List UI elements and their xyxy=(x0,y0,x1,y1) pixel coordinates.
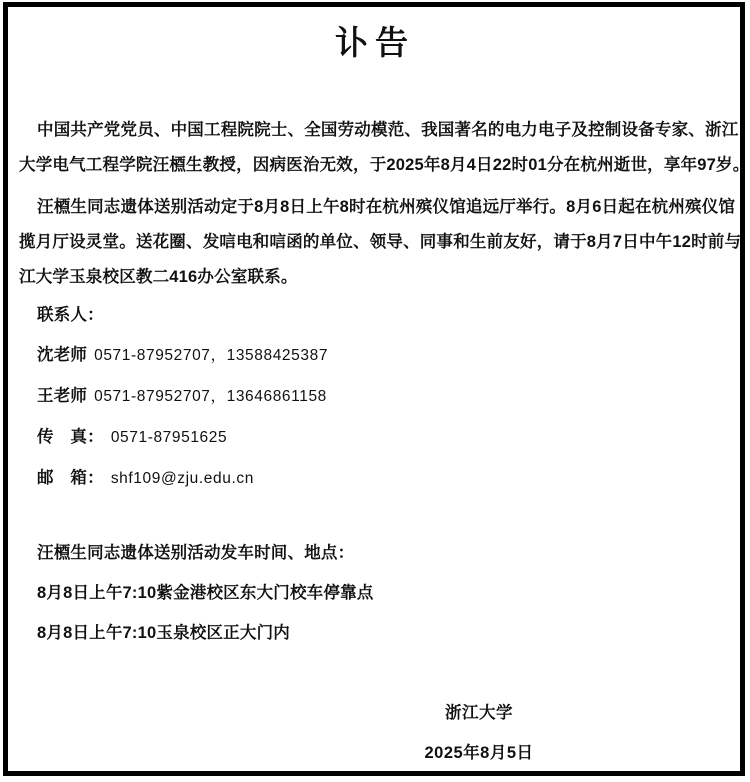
fax-label: 传 真： xyxy=(37,428,104,446)
contact-phones: 0571-87952707，13646861158 xyxy=(94,388,327,405)
departure-heading: 汪槱生同志遗体送别活动发车时间、地点： xyxy=(19,533,731,573)
obituary-page: 讣告 中国共产党党员、中国工程院院士、全国劳动模范、我国著名的电力电子及控制设备… xyxy=(3,2,745,776)
contacts-heading: 联系人： xyxy=(19,295,731,335)
contact-row-shen: 沈老师0571-87952707，13588425387 xyxy=(19,335,731,376)
contact-row-fax: 传 真：0571-87951625 xyxy=(19,417,731,458)
signature-block: 浙江大学 2025年8月5日 xyxy=(227,693,731,773)
departure-line-yuquan: 8月8日上午7:10玉泉校区正大门内 xyxy=(19,613,731,653)
contact-label: 王老师 xyxy=(37,387,87,405)
farewell-paragraph: 汪槱生同志遗体送别活动定于8月8日上午8时在杭州殡仪馆追远厅举行。8月6日起在杭… xyxy=(19,190,731,295)
email-label: 邮 箱： xyxy=(37,469,104,487)
email-address: shf109@zju.edu.cn xyxy=(111,470,254,487)
intro-paragraph-line-2: 大学电气工程学院汪槱生教授，因病医治无效，于2025年8月4日22时01分在杭州… xyxy=(19,148,731,183)
section-spacer xyxy=(19,499,731,533)
section-spacer xyxy=(19,653,731,693)
farewell-paragraph-line-1: 汪槱生同志遗体送别活动定于8月8日上午8时在杭州殡仪馆追远厅举行。8月6日起在杭… xyxy=(19,190,731,225)
fax-number: 0571-87951625 xyxy=(111,429,227,446)
departure-line-zijingang: 8月8日上午7:10紫金港校区东大门校车停靠点 xyxy=(19,573,731,613)
farewell-paragraph-line-3: 江大学玉泉校区教二416办公室联系。 xyxy=(19,260,731,295)
page-title: 讣告 xyxy=(19,23,731,63)
contact-row-email: 邮 箱：shf109@zju.edu.cn xyxy=(19,458,731,499)
farewell-paragraph-line-2: 揽月厅设灵堂。送花圈、发唁电和唁函的单位、领导、同事和生前友好，请于8月7日中午… xyxy=(19,225,731,260)
intro-paragraph-line-1: 中国共产党党员、中国工程院院士、全国劳动模范、我国著名的电力电子及控制设备专家、… xyxy=(19,113,731,148)
signature-date: 2025年8月5日 xyxy=(227,733,731,773)
contact-phones: 0571-87952707，13588425387 xyxy=(94,347,328,364)
contact-row-wang: 王老师0571-87952707，13646861158 xyxy=(19,376,731,417)
contact-label: 沈老师 xyxy=(37,346,87,364)
signature-org: 浙江大学 xyxy=(227,693,731,733)
departure-block: 汪槱生同志遗体送别活动发车时间、地点： 8月8日上午7:10紫金港校区东大门校车… xyxy=(19,533,731,653)
intro-paragraph: 中国共产党党员、中国工程院院士、全国劳动模范、我国著名的电力电子及控制设备专家、… xyxy=(19,113,731,183)
contacts-block: 联系人： 沈老师0571-87952707，13588425387 王老师057… xyxy=(19,295,731,499)
